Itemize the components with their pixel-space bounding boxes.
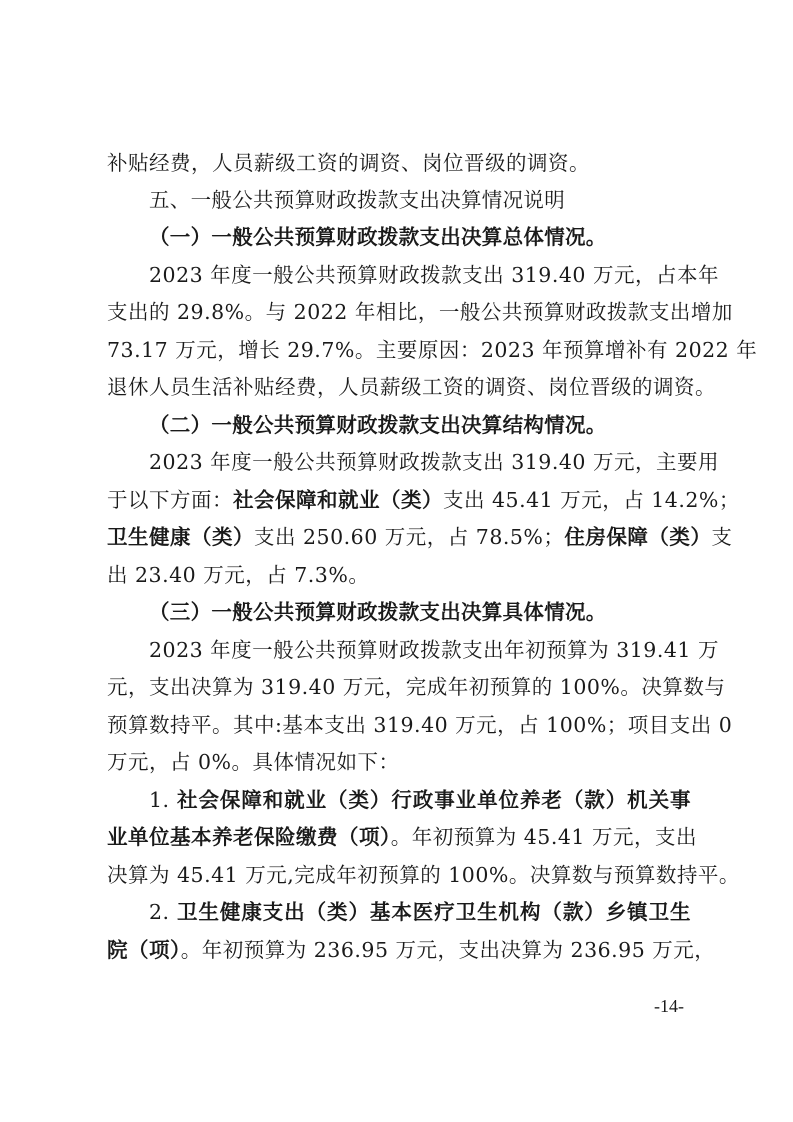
text-line: 决算为 45.41 万元,完成年初预算的 100%。决算数与预算数持平。 xyxy=(107,860,691,890)
bold-text: 院（项） xyxy=(107,938,181,962)
text-span: 1. xyxy=(149,788,177,812)
text-line: 1. 社会保障和就业（类）行政事业单位养老（款）机关事 xyxy=(149,785,691,815)
text-line: 支出的 29.8%。与 2022 年相比，一般公共预算财政拨款支出增加 xyxy=(107,297,691,327)
text-line: 73.17 万元，增长 29.7%。主要原因：2023 年预算增补有 2022 … xyxy=(107,335,691,365)
bold-text: 卫生健康支出（类）基本医疗卫生机构（款）乡镇卫生 xyxy=(177,900,691,924)
text-line: 退休人员生活补贴经费，人员薪级工资的调资、岗位晋级的调资。 xyxy=(107,372,691,402)
bold-text: 社会保障和就业（类）行政事业单位养老（款）机关事 xyxy=(177,788,691,812)
section-heading: 五、一般公共预算财政拨款支出决算情况说明 xyxy=(149,185,565,215)
text-line: 预算数持平。其中:基本支出 319.40 万元，占 100%；项目支出 0 xyxy=(107,710,691,740)
text-line: 2. 卫生健康支出（类）基本医疗卫生机构（款）乡镇卫生 xyxy=(149,897,691,927)
text-line: 2023 年度一般公共预算财政拨款支出 319.40 万元，主要用 xyxy=(149,447,691,477)
text-span: 。年初预算为 45.41 万元，支出 xyxy=(391,825,697,849)
section-heading: （二）一般公共预算财政拨款支出决算结构情况。 xyxy=(149,410,607,440)
bold-text: 住房保障（类） xyxy=(564,525,711,549)
text-line: 万元，占 0%。具体情况如下： xyxy=(107,747,691,777)
bold-text: 卫生健康（类） xyxy=(107,525,254,549)
section-heading: （三）一般公共预算财政拨款支出决算具体情况。 xyxy=(149,597,607,627)
text-line: 元，支出决算为 319.40 万元，完成年初预算的 100%。决算数与 xyxy=(107,672,691,702)
text-line: 出 23.40 万元，占 7.3%。 xyxy=(107,560,691,590)
text-span: 支出 45.41 万元，占 14.2%； xyxy=(443,488,740,512)
text-span: 2. xyxy=(149,900,177,924)
text-span: 。年初预算为 236.95 万元，支出决算为 236.95 万元， xyxy=(181,938,716,962)
text-line: 补贴经费，人员薪级工资的调资、岗位晋级的调资。 xyxy=(107,148,691,178)
section-heading: （一）一般公共预算财政拨款支出决算总体情况。 xyxy=(149,222,607,252)
text-line: 2023 年度一般公共预算财政拨款支出 319.40 万元，占本年 xyxy=(149,260,691,290)
text-line: 院（项）。年初预算为 236.95 万元，支出决算为 236.95 万元， xyxy=(107,935,691,965)
text-line: 2023 年度一般公共预算财政拨款支出年初预算为 319.41 万 xyxy=(149,635,691,665)
page-number: -14- xyxy=(654,996,684,1017)
text-span: 于以下方面： xyxy=(107,488,233,512)
bold-text: 业单位基本养老保险缴费（项） xyxy=(107,825,391,849)
document-page: 补贴经费，人员薪级工资的调资、岗位晋级的调资。五、一般公共预算财政拨款支出决算情… xyxy=(0,0,793,1122)
text-line: 业单位基本养老保险缴费（项）。年初预算为 45.41 万元，支出 xyxy=(107,822,691,852)
text-span: 支出 250.60 万元，占 78.5%； xyxy=(254,525,564,549)
text-span: 支 xyxy=(711,525,732,549)
text-line: 卫生健康（类）支出 250.60 万元，占 78.5%；住房保障（类）支 xyxy=(107,522,691,552)
text-line: 于以下方面：社会保障和就业（类）支出 45.41 万元，占 14.2%； xyxy=(107,485,691,515)
bold-text: 社会保障和就业（类） xyxy=(233,488,443,512)
